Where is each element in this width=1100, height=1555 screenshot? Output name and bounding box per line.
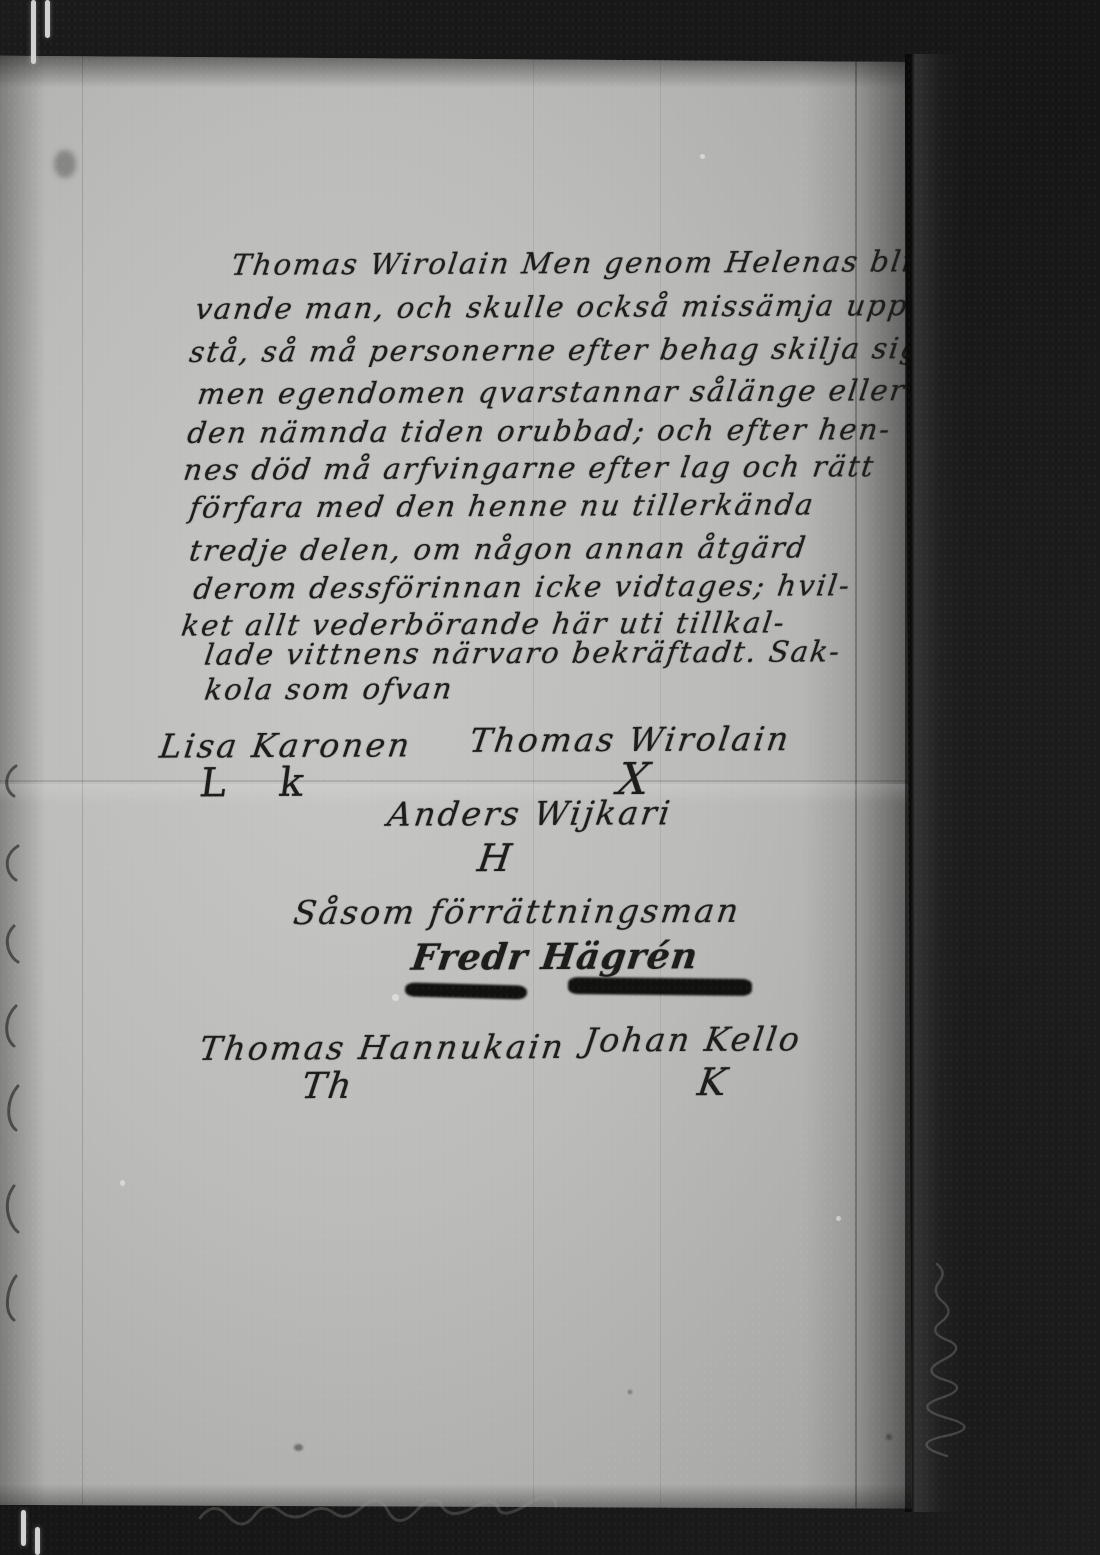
body-line: men egendomen qvarstannar sålänge eller [195,373,908,411]
film-edge-mark [35,1527,40,1555]
underline-smudge [568,977,752,996]
bomarke-lisa-karonen: L k [197,760,327,807]
bleed-through-handwriting [196,1494,626,1534]
film-edge-mark [21,1510,26,1546]
dust-speck [836,1216,841,1221]
body-line: stå, så må personerne efter behag skilja… [187,331,934,369]
gutter-stroke-fragments [0,754,24,1354]
dust-speck [392,994,399,1001]
bomarke-thomas-hannukain: Th [299,1066,356,1107]
ink-blotch [54,150,76,178]
signature-fredr-hagren: Fredr Hägrén [409,935,701,978]
body-line: den nämnda tiden orubbad; och efter hen- [185,412,893,450]
dirt-speck [886,1434,892,1440]
body-line: vande man, och skulle också missämja upp… [193,288,922,326]
body-line: kola som ofvan [203,671,456,706]
officiant-role-line: Såsom förrättningsman [291,891,743,932]
dirt-speck [628,1390,632,1394]
body-line: lade vittnens närvaro bekräftadt. Sak- [202,634,843,671]
bomarke-anders-wijkari: H [475,836,534,880]
vertical-crease [82,54,83,1510]
dirt-speck [294,1444,303,1451]
body-line: Thomas Wirolain Men genom Helenas blif- [229,244,939,282]
bomarke-johan-kello: K [695,1060,749,1104]
microfilm-frame: Thomas Wirolain Men genom Helenas blif- … [0,0,1100,1555]
horizontal-fold-crease [0,780,912,782]
film-edge-mark [45,0,50,38]
signature-anders-wijkari: Anders Wijkari [385,793,675,833]
film-edge-mark [31,0,36,64]
body-line: tredje delen, om någon annan åtgärd [187,530,809,567]
body-line: nes död må arfvingarne efter lag och rät… [181,449,877,487]
signature-johan-kello: Johan Kello [581,1019,804,1059]
underline-smudge [405,982,527,999]
spine-shadow-strip [905,54,963,1512]
dust-speck [120,1180,125,1186]
signature-thomas-hannukain: Thomas Hannukain [197,1027,568,1068]
manuscript-page: Thomas Wirolain Men genom Helenas blif- … [0,54,912,1510]
body-line: förfara med den henne nu tillerkända [187,487,817,524]
spine-edge-scribbles [927,1260,953,1460]
dust-speck [700,154,705,159]
body-line: derom dessförinnan icke vidtages; hvil- [191,568,853,605]
